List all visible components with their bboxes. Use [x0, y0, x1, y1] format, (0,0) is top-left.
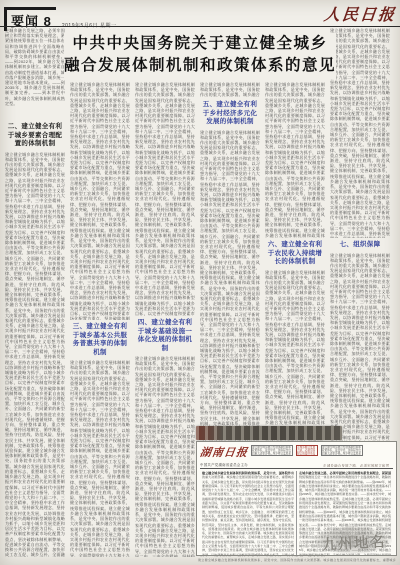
section-heading-2: 二、建立健全有利于城乡要素合理配置的体制机制: [5, 120, 65, 152]
column-3: 建立健全城乡融合发展体制机制和政策体系，是党中央、国务院作出的重大决策部署。城乡…: [135, 28, 195, 557]
mini-info-box: 建立健全城乡融合发展体制机制和政策体系，是党中央、国务院作出的重大决策部署。城乡…: [251, 445, 293, 456]
photo-banner: [196, 426, 342, 440]
mini-masthead-row: 湖南日报 建立健全城乡融合发展体制机制和政策体系，是党中央、国务院作出的重大决策…: [200, 444, 393, 461]
section-heading-3: 三、建立健全有利于城乡基本公共服务普惠共享的体制机制: [70, 320, 130, 360]
mini-info-box: 建立健全城乡融合发展体制机制和政策体系，是党中央、国务院作出的重大决策部署。城乡…: [321, 445, 363, 456]
mini-organizer-row: 中国共产党湖南省委员会主办 走城乡融合发展之路，必须牢固树立和贯彻落实新发展理念…: [200, 462, 393, 469]
section-heading-4: 四、建立健全有利于城乡基础设施一体化发展的体制机制: [135, 316, 195, 356]
newspaper-page: 要闻 8 2019年5月6日 星期一 人民日报 中共中央国务院关于建立健全城乡 …: [0, 0, 400, 565]
body-text: 建立健全城乡融合发展体制机制和政策体系，是党中央、国务院作出的重大决策部署。城乡…: [70, 82, 130, 320]
body-text: 建立健全城乡融合发展体制机制和政策体系，是党中央、国务院作出的重大决策部署。城乡…: [70, 360, 130, 557]
column-2: 建立健全城乡融合发展体制机制和政策体系，是党中央、国务院作出的重大决策部署。城乡…: [70, 28, 130, 557]
mini-organizer-extra: 走城乡融合发展之路，必须牢固树立和贯彻落实新发展理念，紧紧围绕统筹推进五位一体总…: [323, 463, 393, 467]
body-text: 建立健全城乡融合发展体制机制和政策体系，是党中央、国务院作出的重大决策部署。城乡…: [330, 28, 390, 238]
header-rule: [0, 26, 400, 27]
mini-listing-left: 建立健全城乡融合发展体制机制和政策体系，是党中央、国务院作出的重大决策部署。城乡…: [200, 471, 296, 555]
section-heading-7: 七、组织保障: [330, 238, 390, 253]
watermark-text: 九州地名: [312, 530, 397, 555]
body-text: 建立健全城乡融合发展体制机制和政策体系，是党中央、国务院作出的重大决策部署。城乡…: [265, 82, 325, 238]
mini-masthead: 湖南日报: [200, 444, 249, 460]
bottom-caption-line: 建立健全城乡融合发展体制机制和政策体系，是党中央、国务院作出的重大决策部署。城乡…: [198, 558, 396, 563]
main-headline: 中共中央国务院关于建立健全城乡 融合发展体制机制和政策体系的意见: [64, 33, 336, 79]
newspaper-masthead: 人民日报: [323, 2, 397, 25]
body-text: 建立健全城乡融合发展体制机制和政策体系，是党中央、国务院作出的重大决策部署。城乡…: [5, 152, 65, 558]
column-1: 走城乡融合发展之路，必须牢固树立和贯彻落实新发展理念，紧紧围绕统筹推进五位一体总…: [5, 28, 65, 557]
mini-info-box-red: 走城乡融合发展之路，必须牢固树立和贯彻落实新发展理念，紧紧围绕统筹推进五位一体总…: [296, 445, 318, 456]
body-text: 建立健全城乡融合发展体制机制和政策体系，是党中央、国务院作出的重大决策部署。城乡…: [135, 82, 195, 316]
body-text: 建立健全城乡融合发展体制机制和政策体系，是党中央、国务院作出的重大决策部署。城乡…: [200, 82, 260, 98]
mini-organizer: 中国共产党湖南省委员会主办: [200, 462, 248, 467]
body-text: 建立健全城乡融合发展体制机制和政策体系，是党中央、国务院作出的重大决策部署。城乡…: [135, 356, 195, 557]
section-heading-6: 六、建立健全有利于农民收入持续增长的体制机制: [265, 238, 325, 270]
section-heading-5: 五、建立健全有利于乡村经济多元化发展的体制机制: [200, 98, 260, 130]
headline-line-1: 中共中央国务院关于建立健全城乡: [64, 33, 336, 55]
watermark: 九州地名: [308, 524, 398, 558]
body-text: 走城乡融合发展之路，必须牢固树立和贯彻落实新发展理念，紧紧围绕统筹推进五位一体总…: [5, 28, 65, 120]
headline-line-2: 融合发展体制机制和政策体系的意见: [64, 55, 336, 77]
